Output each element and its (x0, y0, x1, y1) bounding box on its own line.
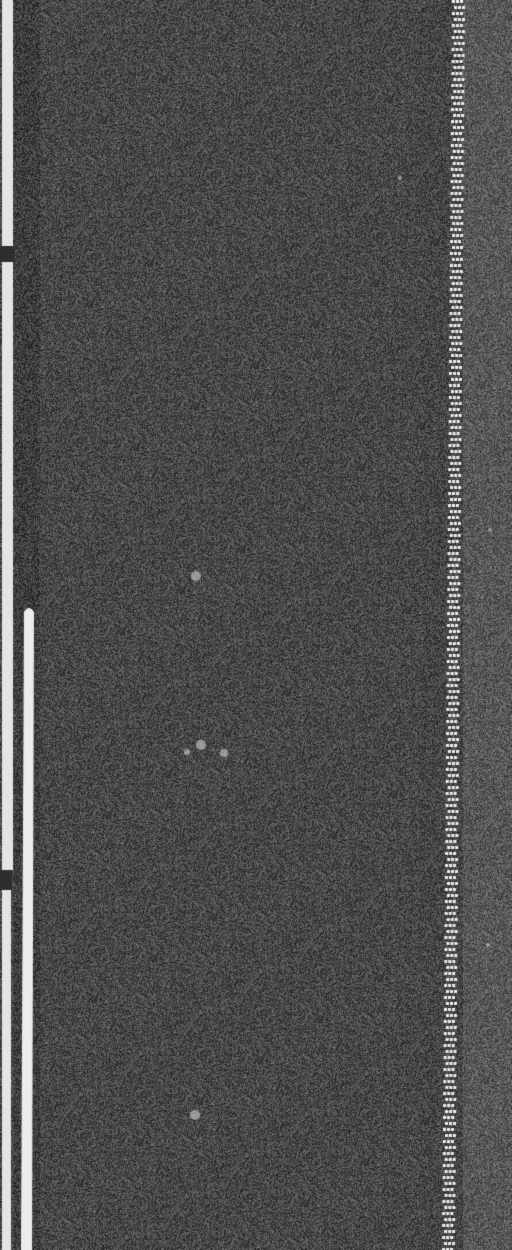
asphalt-surface (0, 0, 512, 1250)
road-aerial-image (0, 0, 512, 1250)
